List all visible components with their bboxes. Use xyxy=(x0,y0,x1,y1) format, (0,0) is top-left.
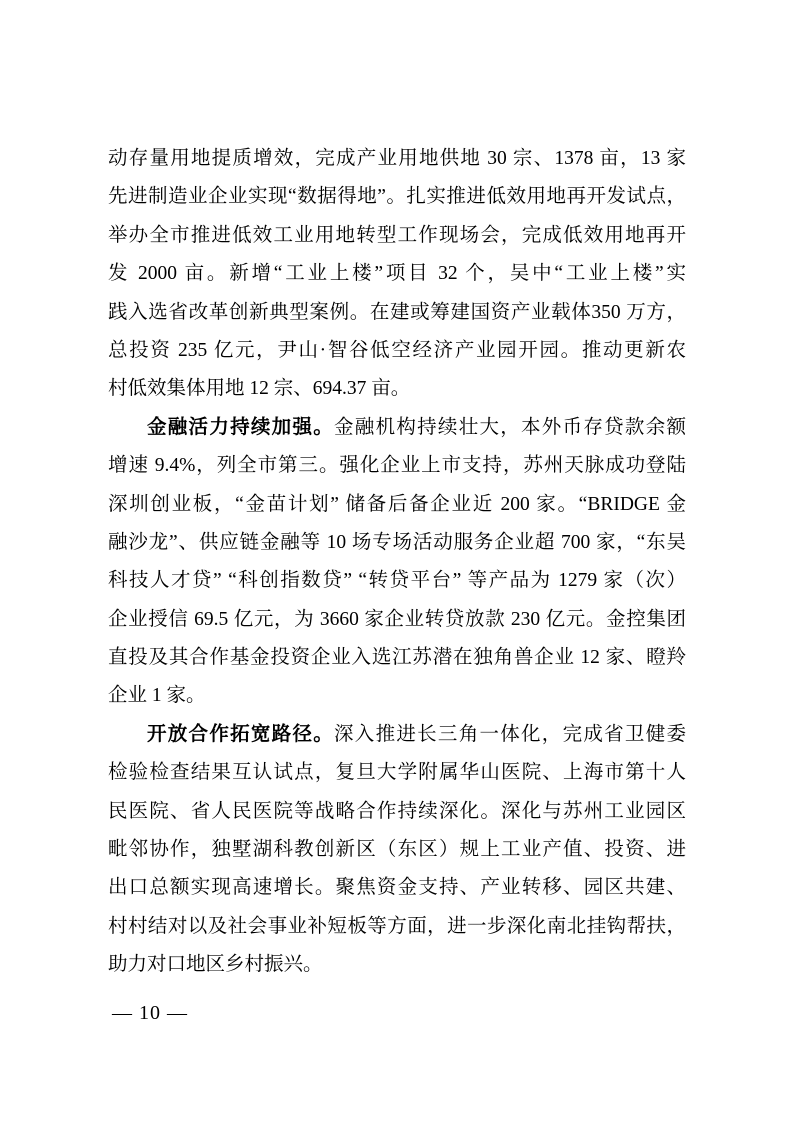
document-page: 动存量用地提质增效，完成产业用地供地 30 宗、1378 亩，13 家 先进制造… xyxy=(0,0,793,1122)
text-line: 动存量用地提质增效，完成产业用地供地 30 宗、1378 亩，13 家 xyxy=(108,140,686,178)
text-line: 增速 9.4%，列全市第三。强化企业上市支持，苏州天脉成功登陆 xyxy=(108,447,686,485)
text-line: 开放合作拓宽路径。深入推进长三角一体化，完成省卫健委 xyxy=(108,716,686,754)
paragraph-heading: 金融活力持续加强。 xyxy=(147,417,334,438)
paragraph-heading: 开放合作拓宽路径。 xyxy=(147,724,334,745)
text-line: 直投及其合作基金投资企业入选江苏潜在独角兽企业 12 家、瞪羚 xyxy=(108,639,686,677)
text-line: 践入选省改革创新典型案例。在建或筹建国资产业载体350 万方， xyxy=(108,294,686,332)
text-line: 村低效集体用地 12 宗、694.37 亩。 xyxy=(108,370,686,408)
document-body: 动存量用地提质增效，完成产业用地供地 30 宗、1378 亩，13 家 先进制造… xyxy=(108,140,686,985)
text-line: 发 2000 亩。新增“工业上楼”项目 32 个，吴中“工业上楼”实 xyxy=(108,255,686,293)
text-line: 金融活力持续加强。金融机构持续壮大，本外币存贷款余额 xyxy=(108,409,686,447)
text-line: 出口总额实现高速增长。聚焦资金支持、产业转移、园区共建、 xyxy=(108,869,686,907)
paragraph-finance: 金融活力持续加强。金融机构持续壮大，本外币存贷款余额 增速 9.4%，列全市第三… xyxy=(108,409,686,716)
page-number: — 10 — xyxy=(112,998,188,1028)
text-run: 金融机构持续壮大，本外币存贷款余额 xyxy=(334,417,686,438)
text-line: 检验检查结果互认试点，复旦大学附属华山医院、上海市第十人 xyxy=(108,754,686,792)
text-line: 科技人才贷” “科创指数贷” “转贷平台” 等产品为 1279 家（次） xyxy=(108,562,686,600)
text-line: 助力对口地区乡村振兴。 xyxy=(108,946,686,984)
text-line: 先进制造业企业实现“数据得地”。扎实推进低效用地再开发试点， xyxy=(108,178,686,216)
text-line: 深圳创业板，“金苗计划” 储备后备企业近 200 家。“BRIDGE 金 xyxy=(108,486,686,524)
text-line: 总投资 235 亿元，尹山·智谷低空经济产业园开园。推动更新农 xyxy=(108,332,686,370)
paragraph-land-use: 动存量用地提质增效，完成产业用地供地 30 宗、1378 亩，13 家 先进制造… xyxy=(108,140,686,409)
paragraph-cooperation: 开放合作拓宽路径。深入推进长三角一体化，完成省卫健委 检验检查结果互认试点，复旦… xyxy=(108,716,686,985)
text-line: 举办全市推进低效工业用地转型工作现场会，完成低效用地再开 xyxy=(108,217,686,255)
text-line: 毗邻协作，独墅湖科教创新区（东区）规上工业产值、投资、进 xyxy=(108,831,686,869)
text-line: 融沙龙”、供应链金融等 10 场专场活动服务企业超 700 家，“东吴 xyxy=(108,524,686,562)
text-line: 村村结对以及社会事业补短板等方面，进一步深化南北挂钩帮扶， xyxy=(108,908,686,946)
text-line: 企业授信 69.5 亿元，为 3660 家企业转贷放款 230 亿元。金控集团 xyxy=(108,601,686,639)
text-line: 民医院、省人民医院等战略合作持续深化。深化与苏州工业园区 xyxy=(108,793,686,831)
text-run: 深入推进长三角一体化，完成省卫健委 xyxy=(334,724,686,745)
text-line: 企业 1 家。 xyxy=(108,677,686,715)
